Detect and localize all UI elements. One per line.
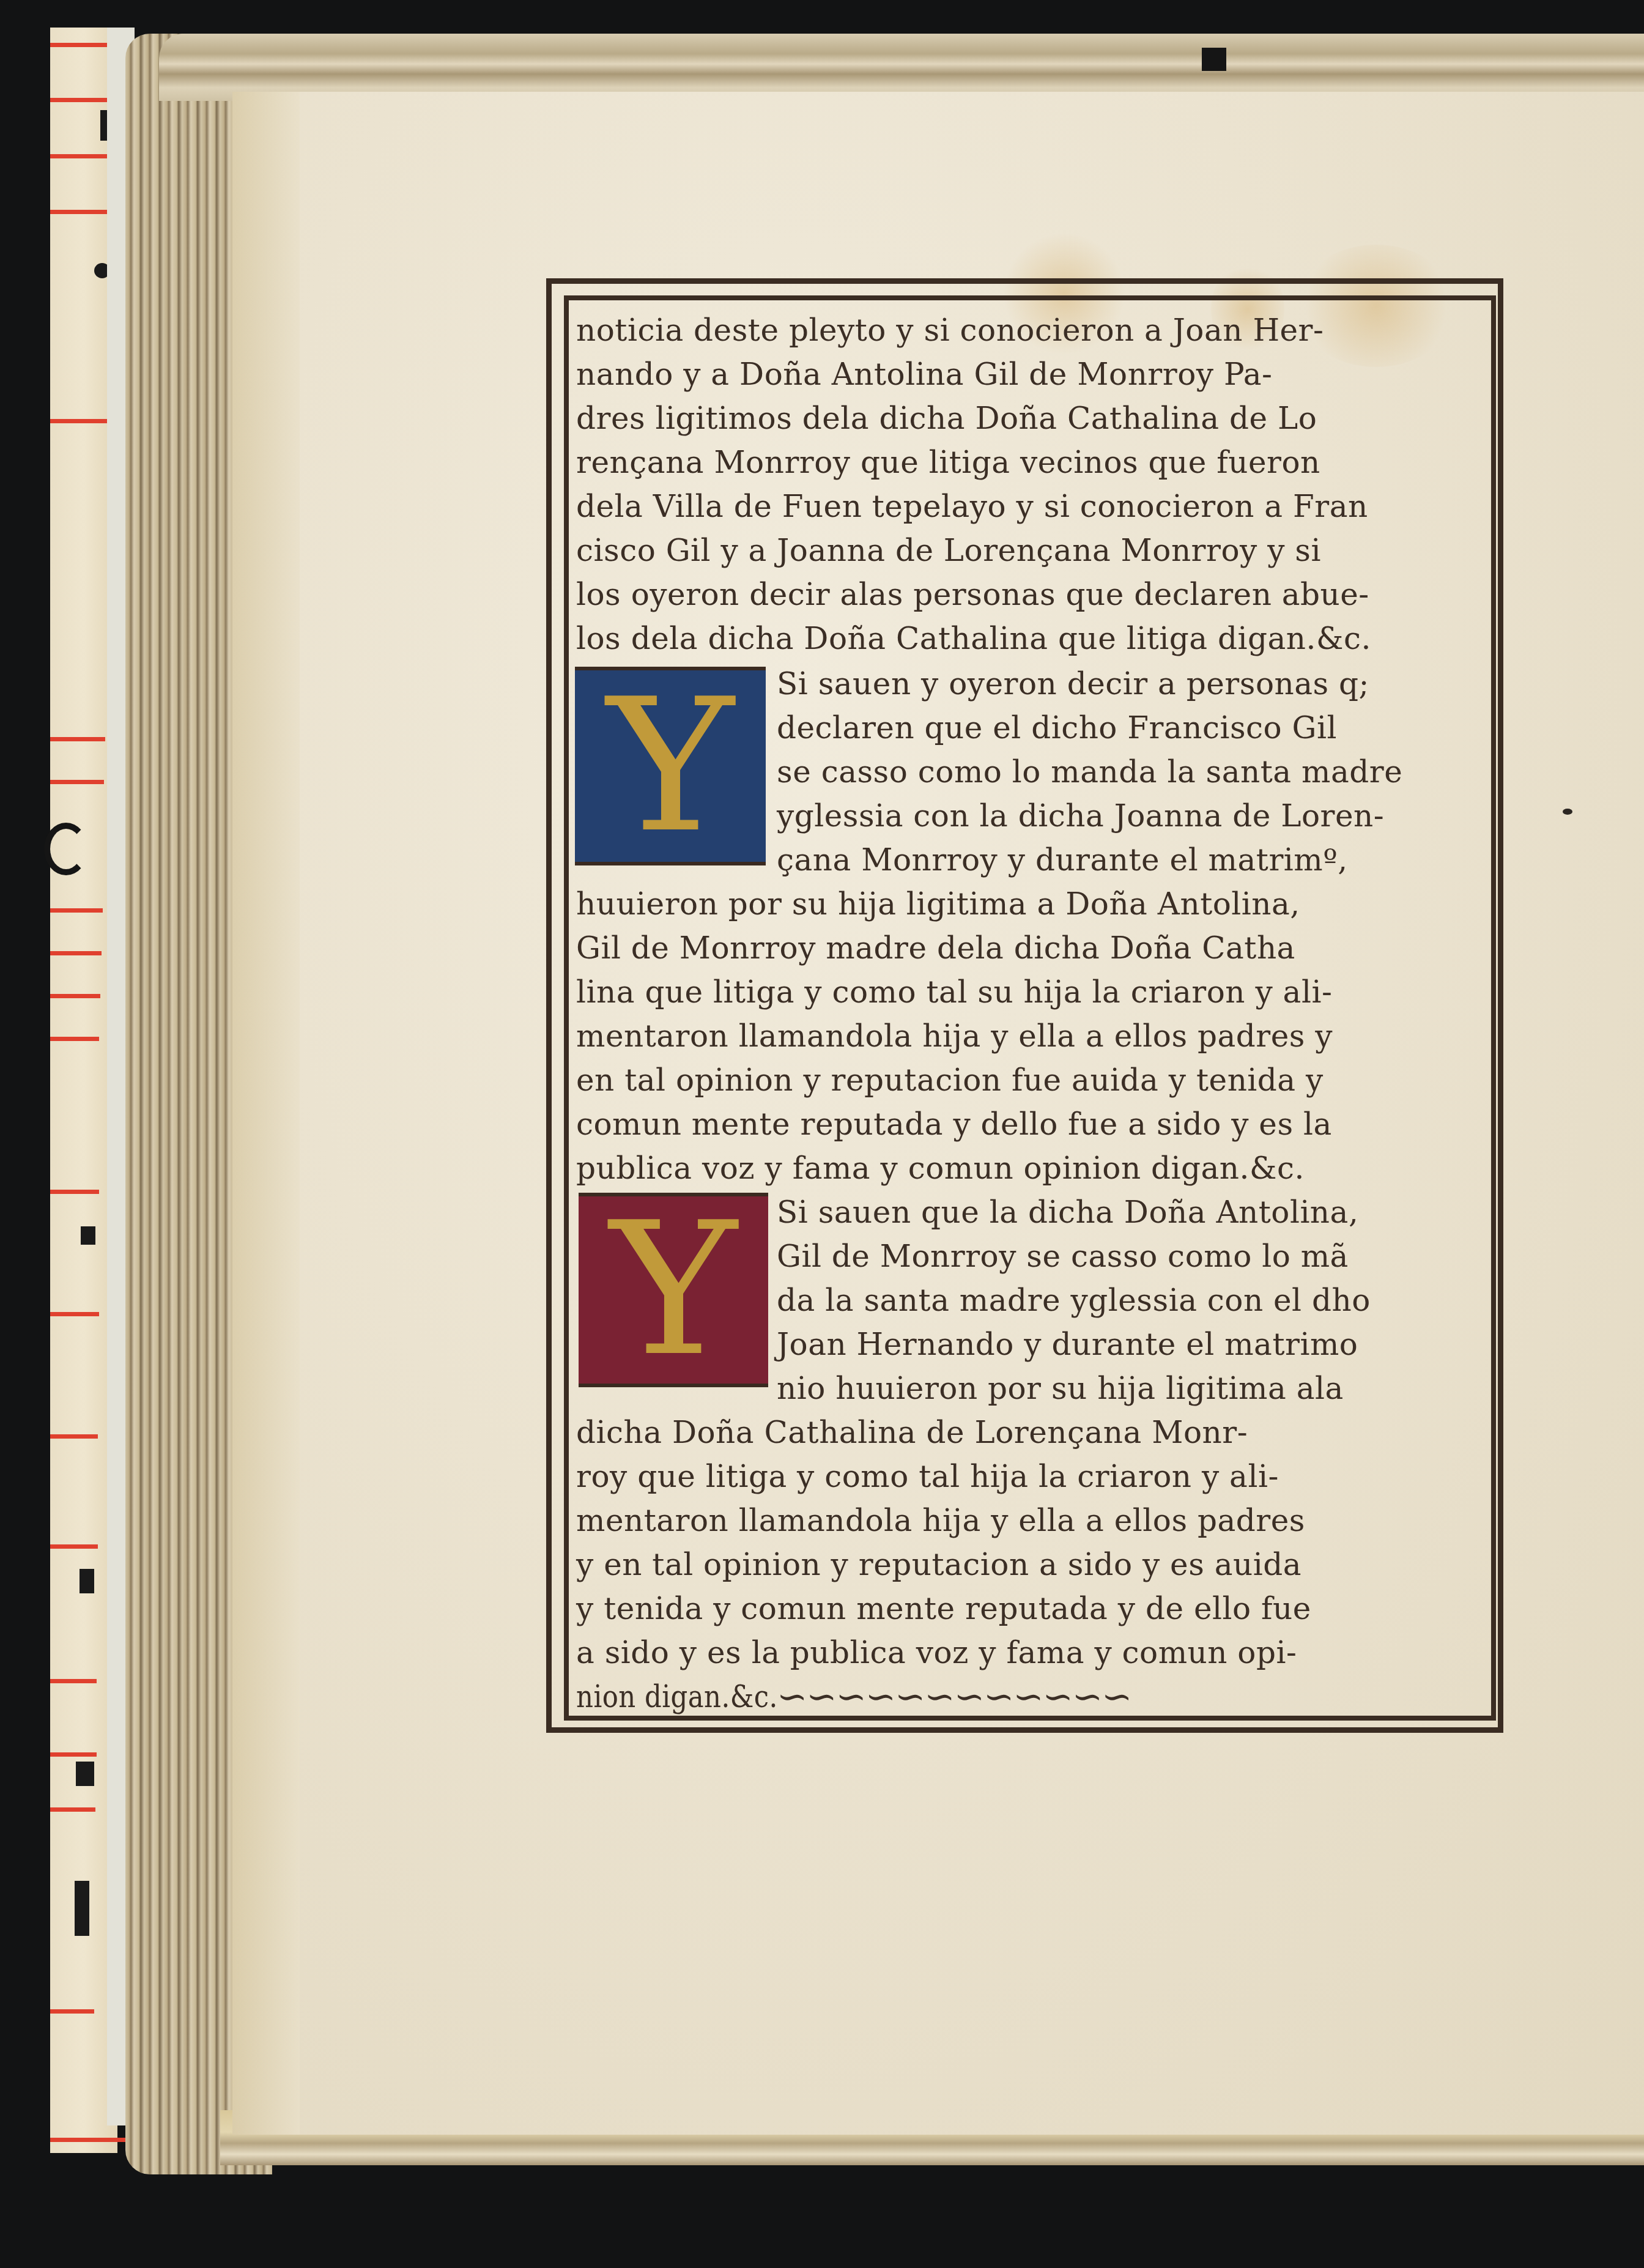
staff-line xyxy=(50,1807,95,1812)
staff-line xyxy=(50,737,105,741)
text-line: se casso como lo manda la santa madre xyxy=(777,750,1486,793)
page-gutter-shadow xyxy=(232,92,300,2135)
text-line: dicha Doña Cathalina de Lorençana Monr- xyxy=(576,1411,1481,1454)
staff-line xyxy=(50,994,100,998)
staff-line xyxy=(50,1752,97,1757)
line-end-flourish: ∽∽∽∽∽∽∽∽∽∽∽∽ xyxy=(777,1675,1480,1718)
staff-line xyxy=(50,1544,98,1549)
text-line: rençana Monrroy que litiga vecinos que f… xyxy=(576,441,1481,484)
staff-line xyxy=(50,1190,99,1194)
text-line: nion digan.&c. xyxy=(576,1675,752,1718)
staff-line xyxy=(50,2009,94,2014)
text-line: comun mente reputada y dello fue a sido … xyxy=(576,1103,1481,1146)
text-line: nio huuieron por su hija ligitima ala xyxy=(777,1367,1486,1410)
staff-line xyxy=(50,98,113,102)
text-line: dres ligitimos dela dicha Doña Cathalina… xyxy=(576,397,1481,440)
text-line: da la santa madre yglessia con el dho xyxy=(777,1279,1486,1322)
text-line: y en tal opinion y reputacion a sido y e… xyxy=(576,1543,1481,1586)
staff-line xyxy=(50,1679,97,1683)
text-line: lina que litiga y como tal su hija la cr… xyxy=(576,971,1481,1014)
text-line: Gil de Monrroy se casso como lo mã xyxy=(777,1235,1486,1278)
text-line: mentaron llamandola hija y ella a ellos … xyxy=(576,1499,1481,1542)
staff-line xyxy=(50,1312,99,1316)
square-note-icon xyxy=(81,1226,95,1245)
square-note-icon xyxy=(75,1881,89,1936)
text-line: Gil de Monrroy madre dela dicha Doña Cat… xyxy=(576,927,1481,969)
square-note-icon xyxy=(80,1569,94,1593)
text-line: huuieron por su hija ligitima a Doña Ant… xyxy=(576,883,1481,925)
ink-blot xyxy=(1563,809,1572,815)
clip-marker xyxy=(1202,48,1226,71)
text-line: a sido y es la publica voz y fama y comu… xyxy=(576,1631,1481,1674)
text-line: los oyeron decir alas personas que decla… xyxy=(576,573,1481,616)
text-line: noticia deste pleyto y si conocieron a J… xyxy=(576,309,1481,352)
staff-line xyxy=(50,780,104,784)
text-line: Joan Hernando y durante el matrimo xyxy=(777,1323,1486,1366)
initial-letter: Y xyxy=(610,1198,737,1382)
text-line: yglessia con la dicha Joanna de Loren- xyxy=(777,795,1486,837)
text-line: dela Villa de Fuen tepelayo y si conocie… xyxy=(576,485,1481,528)
text-line: los dela dicha Doña Cathalina que litiga… xyxy=(576,617,1481,660)
staff-line xyxy=(50,419,110,423)
square-note-icon xyxy=(76,1762,94,1786)
text-line: Si sauen y oyeron decir a personas q; xyxy=(777,662,1486,705)
text-line: cisco Gil y a Joanna de Lorençana Monrro… xyxy=(576,529,1481,572)
text-line: declaren que el dicho Francisco Gil xyxy=(777,706,1486,749)
clef-icon xyxy=(44,823,88,875)
staff-line xyxy=(50,210,108,214)
staff-line xyxy=(50,951,102,955)
staff-line xyxy=(50,154,110,158)
illuminated-initial-crimson: Y xyxy=(579,1193,768,1387)
illuminated-initial-blue: Y xyxy=(575,667,766,865)
text-line: en tal opinion y reputacion fue auida y … xyxy=(576,1059,1481,1102)
initial-letter: Y xyxy=(607,675,734,858)
text-line: Si sauen que la dicha Doña Antolina, xyxy=(777,1191,1486,1234)
staff-line xyxy=(50,43,114,47)
text-line: roy que litiga y como tal hija la criaro… xyxy=(576,1455,1481,1498)
staff-line xyxy=(50,1434,98,1439)
text-line: nando y a Doña Antolina Gil de Monrroy P… xyxy=(576,353,1481,396)
text-line: mentaron llamandola hija y ella a ellos … xyxy=(576,1015,1481,1058)
staff-line xyxy=(50,908,103,913)
page-edges-top xyxy=(159,34,1644,101)
text-line: çana Monrroy y durante el matrimº, xyxy=(777,839,1486,881)
staff-line xyxy=(50,1037,99,1041)
text-line: y tenida y comun mente reputada y de ell… xyxy=(576,1587,1481,1630)
